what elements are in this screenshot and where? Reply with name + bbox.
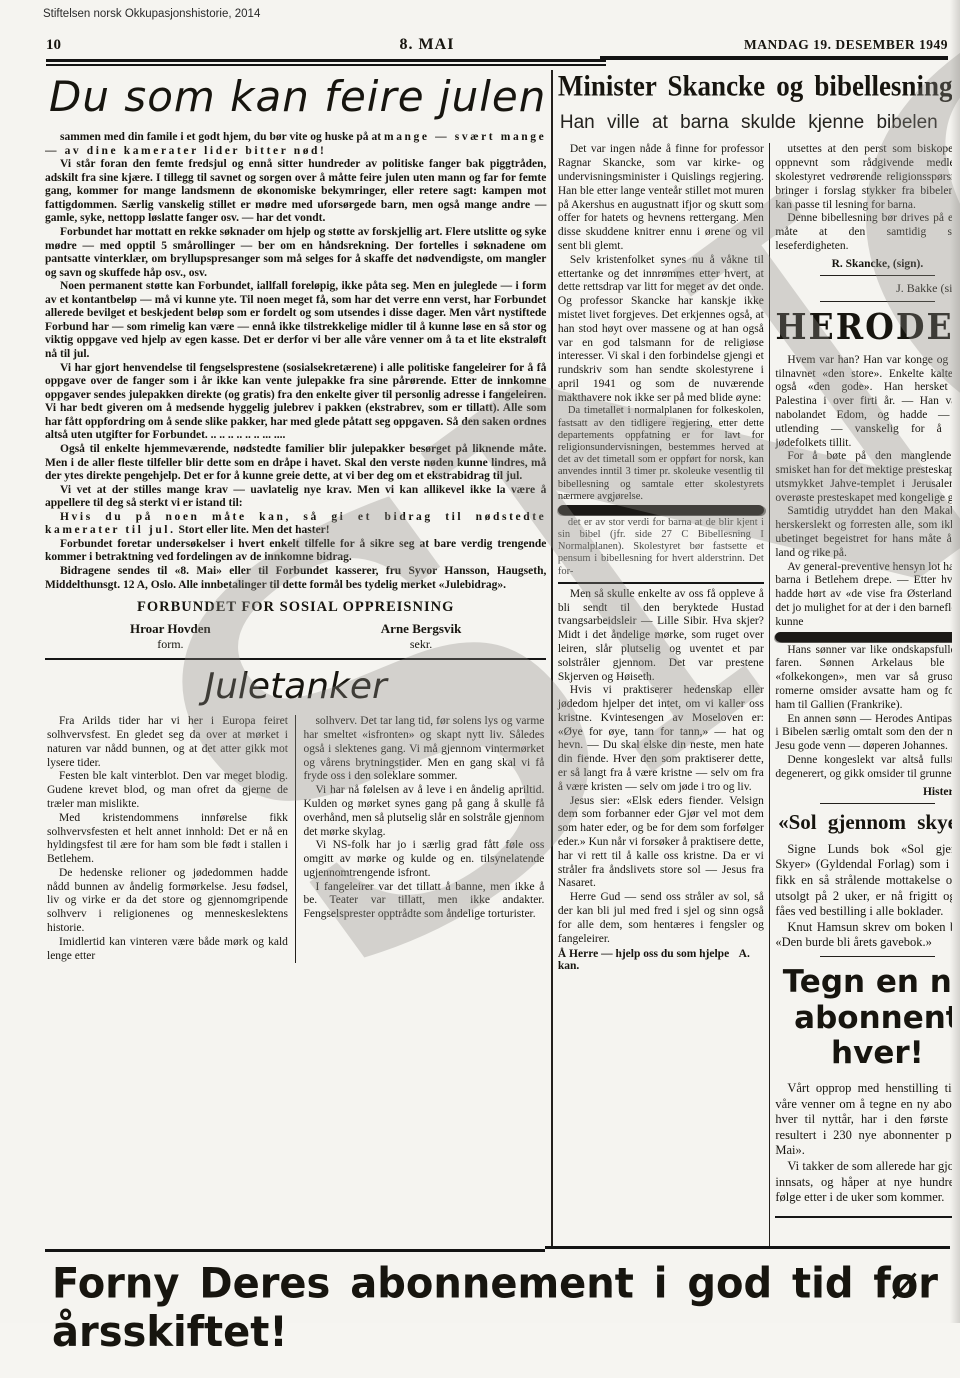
paragraph: Av general-preventive hensyn lot han all… [775,561,952,630]
signature-left: Hroar Hovden form. [130,621,211,652]
paragraph: I fangeleirer var det tillatt å banne, m… [303,881,544,922]
paragraph: Hvem var han? Han var konge og hadde til… [775,354,952,451]
article-minister-skancke: Minister Skancke og bibellesningen Han v… [558,70,952,1246]
paragraph: Forbundet har mottatt en rekke søknader … [45,226,546,280]
headline-line: abonnent hver! [775,1001,952,1072]
paragraph-text: sammen med din famile i et godt hjem, du… [60,131,381,143]
signature-bakke: J. Bakke (sign.) [775,281,952,296]
paragraph: Denne kongeslekt var altså fullstendig d… [775,754,952,782]
signature-name: Arne Bergsvik [381,621,462,637]
signature-skancke: R. Skancke, (sign). [775,258,952,270]
paragraph: Jesus sier: «Elsk eders fiender. Velsign… [558,795,764,892]
article-body: sammen med din famile i et godt hjem, du… [45,131,546,592]
headline-sol-gjennom-skyer: «Sol gjennom skyer» [775,810,952,835]
newspaper-scan-page: { "meta": { "source_attribution": "Stift… [0,0,960,1378]
newspaper-name: 8. MAI [166,36,688,54]
source-attribution: Stiftelsen norsk Okkupasjonshistorie, 20… [43,8,260,20]
closing-text: Å Herre — hjelp oss du som hjelpe kan. [558,948,739,972]
column-divider [295,715,297,963]
paragraph: Noen permanent støtte kan Forbundet, ial… [45,280,546,361]
author-initial: A. [739,948,764,972]
page-columns: Du som kan feire julen sammen med din fa… [45,70,952,1246]
paragraph: Vi takker de som allerede har gjort sin … [775,1159,952,1206]
paragraph: solhverv. Det tar lang tid, før solens l… [303,715,544,784]
paragraph: Med kristendommens innførelse fikk solhv… [47,812,288,867]
issue-date: MANDAG 19. DESEMBER 1949 [688,37,948,53]
ink-smudge [558,505,764,515]
footer-rule [45,1249,545,1252]
headline-line: Tegn en ny [775,965,952,1001]
paragraph: Hvis du på noen måte kan, så gi et bidra… [45,511,546,538]
signature-right: Arne Bergsvik sekr. [381,621,462,652]
paragraph: Festen ble kalt vinterblot. Den var mege… [47,770,288,811]
headline-minister-skancke: Minister Skancke og bibellesningen [558,70,952,101]
paragraph: Signe Lunds bok «Sol gjennom Skyer» (Gyl… [775,842,952,920]
headline-du-som-kan-feire-julen: Du som kan feire julen [49,72,546,121]
paragraph-text: Stort eller lite. Men det haster! [178,524,329,536]
paragraph: sammen med din famile i et godt hjem, du… [45,131,546,158]
paragraph: Vi har gjort henvendelse til fengselspre… [45,362,546,443]
ink-smudge [775,632,952,642]
juletanker-columns: Fra Arilds tider har vi her i Europa fei… [45,715,546,963]
headline-juletanker: Juletanker [45,666,546,707]
paragraph: Selv kristenfolket synes nu å våkne til … [558,254,764,406]
headline-herodes: HERODES [775,305,952,347]
signature-hister: Hister. [775,786,952,798]
paragraph: Men så skulle enkelte av oss få oppleve … [558,588,764,685]
paragraph: Imidlertid kan vinteren være både mørk o… [47,936,288,964]
paragraph: Knut Hamsun skrev om boken bl. a.: «Den … [775,920,952,951]
masthead: 10 8. MAI MANDAG 19. DESEMBER 1949 [46,36,948,54]
paragraph: For å bøte på den manglende tillit smisk… [775,450,952,505]
short-divider [820,956,935,957]
column-divider [551,70,553,1246]
article-du-som-kan-feire-julen: Du som kan feire julen sammen med din fa… [45,70,546,1246]
paragraph: Hvis vi praktiserer hedenskap eller jøde… [558,684,764,794]
section-divider [45,658,546,660]
faded-quote: det er av stor verdi for barna at de bli… [558,517,764,578]
signature-role: sekr. [381,637,462,652]
paragraph: Da timetallet i normalplanen for folkesk… [558,405,764,502]
paragraph: Vi vet at der stilles mange krav — uavla… [45,484,546,511]
headline-tegn-en-ny-abonnent: Tegn en ny abonnent hver! [775,965,952,1072]
article-sol-gjennom-skyer: «Sol gjennom skyer» Signe Lunds bok «Sol… [775,810,952,951]
paragraph: det er av stor verdi for barna at de bli… [558,517,764,578]
footer-rule [545,1246,950,1249]
right-column: utsettes at den perst som biskopen har o… [775,143,952,1246]
paragraph: Det var ingen nåde å finne for professor… [558,143,764,253]
page-number: 10 [46,37,166,54]
paragraph: Vi har nå følelsen av å leve i en åndeli… [303,784,544,839]
paragraph: Vårt opprop med henstilling til alle vår… [775,1081,952,1159]
paragraph: Samtidig utryddet han den Makabeiske her… [775,505,952,560]
short-divider [820,803,935,804]
organization-name: FORBUNDET FOR SOSIAL OPPREISNING [45,599,546,616]
paragraph: Denne bibellesning bør drives på en slik… [775,212,952,253]
masthead-rule [46,64,606,66]
section-divider [558,582,764,584]
paragraph: Vi står foran den femte fredsjul og ennå… [45,158,546,226]
skancke-column-1: Det var ingen nåde å finne for professor… [558,143,764,1246]
signature-name: Hroar Hovden [130,621,211,637]
paragraph: Bidragene sendes til «8. Mai» eller til … [45,565,546,592]
circular-quote: Da timetallet i normalplanen for folkesk… [558,405,764,577]
paragraph: En annen sønn — Herodes Antipas — er i B… [775,713,952,754]
juletanker-column-2: solhverv. Det tar lang tid, før solens l… [301,715,546,963]
article-juletanker: Juletanker Fra Arilds tider har vi her i… [45,666,546,963]
masthead-rule [600,56,948,60]
signature-row: Hroar Hovden form. Arne Bergsvik sekr. [45,621,546,652]
masthead-rule [46,59,606,62]
article-tegn-en-ny-abonnent: Tegn en ny abonnent hver! Vårt opprop me… [775,965,952,1206]
paragraph: Herre Gud — send oss stråler av sol, så … [558,891,764,946]
short-divider [820,275,935,276]
paragraph: Hans sønner var like ondskapsfulle som f… [775,644,952,713]
closing-line: Å Herre — hjelp oss du som hjelpe kan. A… [558,948,764,972]
paragraph: Fra Arilds tider har vi her i Europa fei… [47,715,288,770]
inner-columns: Det var ingen nåde å finne for professor… [558,143,952,1246]
signature-role: form. [130,637,211,652]
section-divider [775,1216,952,1218]
signature-text: R. Skancke, (sign). [832,258,924,270]
paragraph: Vi NS-folk har jo i særlig grad fått føl… [303,839,544,880]
juletanker-column-1: Fra Arilds tider har vi her i Europa fei… [45,715,290,963]
short-divider [820,301,935,302]
footer-banner: Forny Deres abonnement i god tid før års… [52,1260,938,1357]
subheadline-minister-skancke: Han ville at barna skulde kjenne bibelen [560,112,952,134]
paragraph: utsettes at den perst som biskopen har o… [775,143,952,212]
paragraph: Også til enkelte hjemmeværende, nødstedt… [45,443,546,484]
paragraph: De hedenske relioner og jødedommen hadde… [47,867,288,936]
paragraph: Forbundet foretar undersøkelser i hvert … [45,538,546,565]
article-herodes: HERODES Hvem var han? Han var konge og h… [775,307,952,798]
column-divider [769,143,771,1246]
